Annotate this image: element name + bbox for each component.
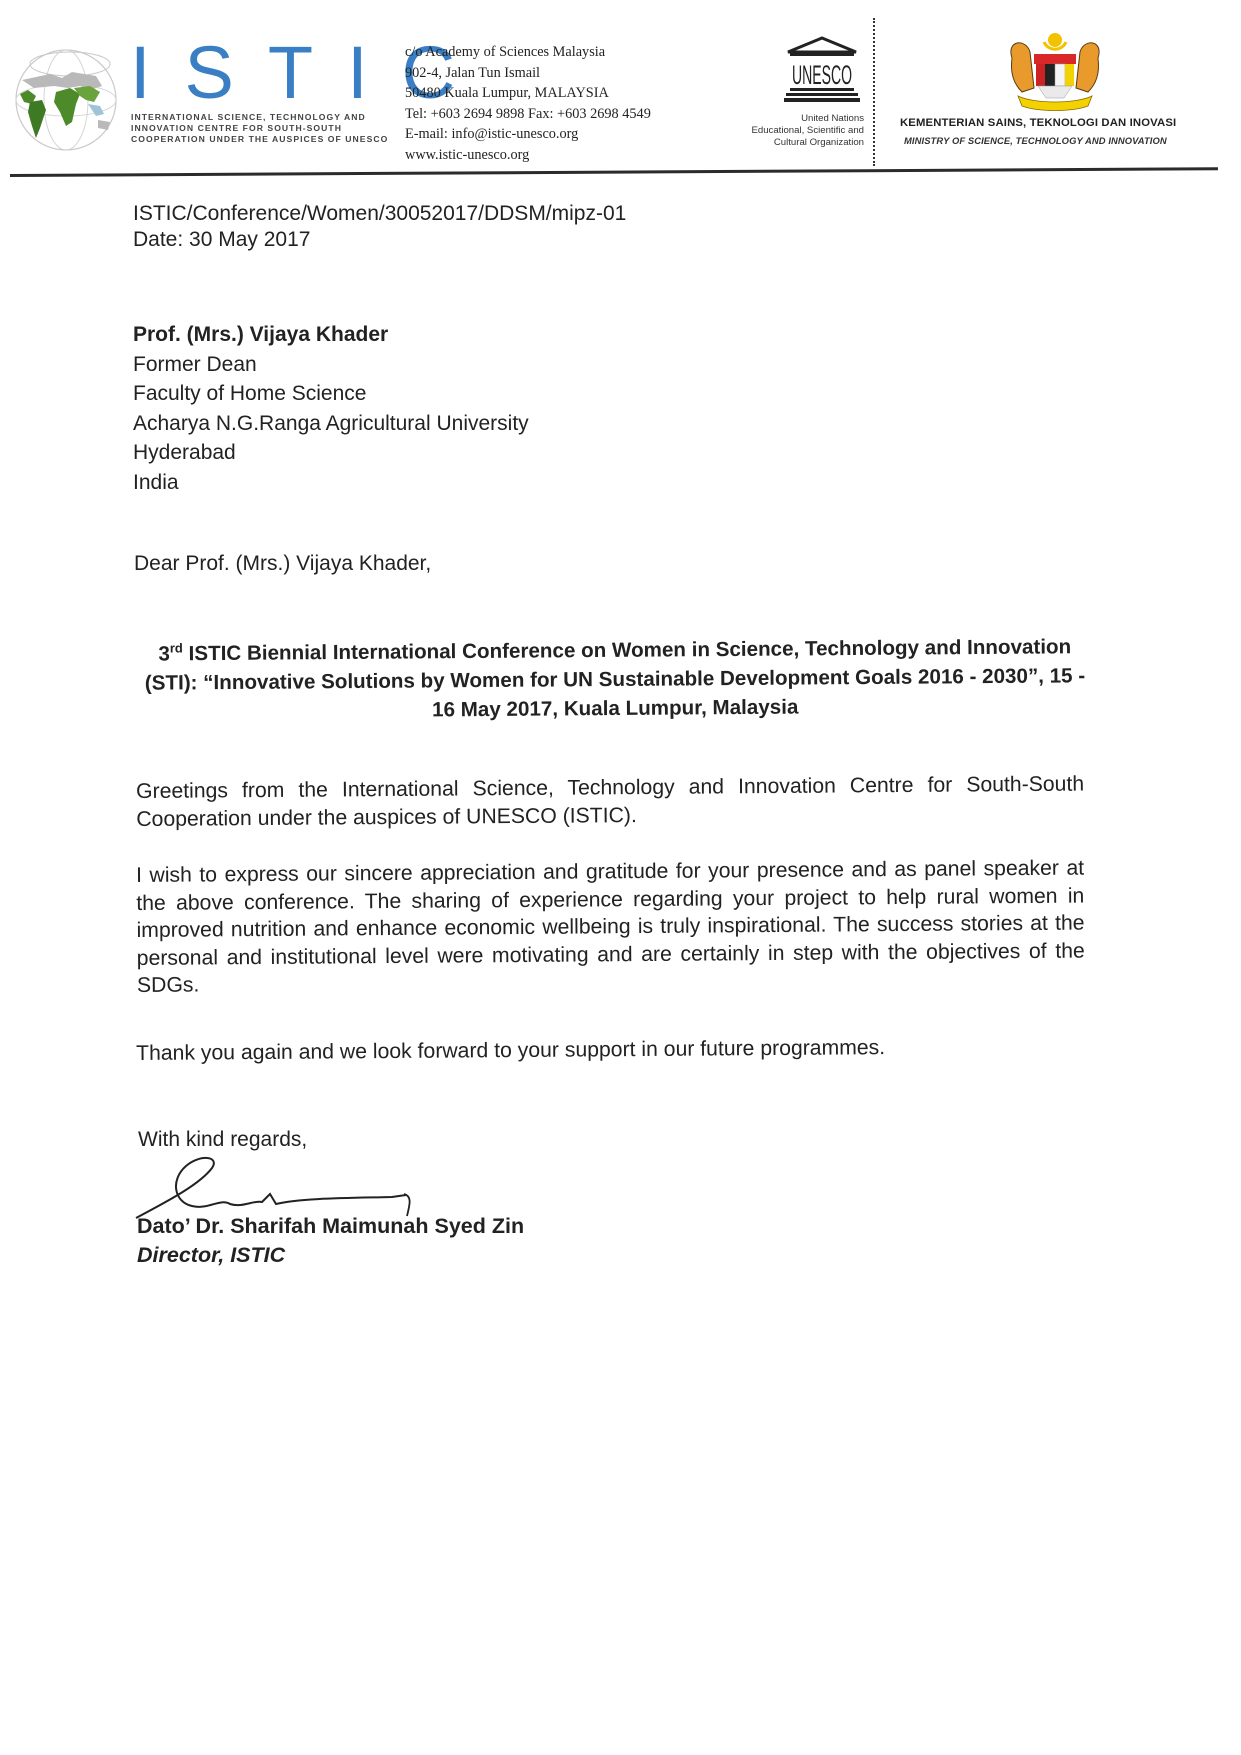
unesco-temple-logo-icon: UNESCO xyxy=(784,36,860,104)
paragraph-thanks: Thank you again and we look forward to y… xyxy=(136,1033,1036,1068)
recipient-line: Hyderabad xyxy=(133,438,529,468)
unesco-logo-text: UNESCO xyxy=(792,60,852,90)
phone-fax-line: Tel: +603 2694 9898 Fax: +603 2698 4549 xyxy=(405,104,651,125)
unesco-caption-line: Educational, Scientific and xyxy=(728,125,864,137)
istic-full-name-line: COOPERATION UNDER THE AUSPICES OF UNESCO xyxy=(131,134,388,145)
unesco-caption-line: United Nations xyxy=(728,113,864,125)
recipient-name: Prof. (Mrs.) Vijaya Khader xyxy=(133,320,529,350)
address-line: c/o Academy of Sciences Malaysia xyxy=(405,42,651,63)
istic-full-name-line: INNOVATION CENTRE FOR SOUTH-SOUTH xyxy=(131,123,388,134)
recipient-address-block: Prof. (Mrs.) Vijaya Khader Former Dean F… xyxy=(133,320,529,497)
paragraph-greeting: Greetings from the International Science… xyxy=(136,771,1084,834)
recipient-line: Faculty of Home Science xyxy=(133,379,529,409)
subject-ordinal-suffix: rd xyxy=(170,640,183,655)
address-line: 902-4, Jalan Tun Ismail xyxy=(405,63,651,84)
closing-line: With kind regards, xyxy=(138,1128,307,1152)
reference-number: ISTIC/Conference/Women/30052017/DDSM/mip… xyxy=(133,201,626,227)
globe-logo-icon xyxy=(10,42,122,154)
recipient-line: Former Dean xyxy=(133,350,529,380)
recipient-line: Acharya N.G.Ranga Agricultural Universit… xyxy=(133,409,529,439)
address-line: 50480 Kuala Lumpur, MALAYSIA xyxy=(405,83,651,104)
email-link[interactable]: E-mail: info@istic-unesco.org xyxy=(405,124,651,145)
website-link[interactable]: www.istic-unesco.org xyxy=(405,145,651,166)
paragraph-appreciation: I wish to express our sincere appreciati… xyxy=(136,855,1085,1000)
malaysia-coat-of-arms-icon xyxy=(1000,30,1110,112)
letter-date: Date: 30 May 2017 xyxy=(133,227,626,253)
unesco-caption: United Nations Educational, Scientific a… xyxy=(728,113,864,149)
signer-name: Dato’ Dr. Sharifah Maimunah Syed Zin xyxy=(137,1212,524,1241)
subject-ordinal-number: 3 xyxy=(158,642,170,665)
istic-full-name-line: INTERNATIONAL SCIENCE, TECHNOLOGY AND xyxy=(131,112,388,123)
subject-heading: 3rd ISTIC Biennial International Confere… xyxy=(140,626,1091,726)
header-divider xyxy=(10,167,1218,177)
recipient-line: India xyxy=(133,468,529,498)
org-address-block: c/o Academy of Sciences Malaysia 902-4, … xyxy=(405,42,651,165)
unesco-caption-line: Cultural Organization xyxy=(728,137,864,149)
dotted-separator xyxy=(873,18,875,166)
istic-full-name: INTERNATIONAL SCIENCE, TECHNOLOGY AND IN… xyxy=(131,112,388,145)
signer-title: Director, ISTIC xyxy=(137,1241,524,1270)
signer-block: Dato’ Dr. Sharifah Maimunah Syed Zin Dir… xyxy=(137,1212,524,1270)
reference-block: ISTIC/Conference/Women/30052017/DDSM/mip… xyxy=(133,201,626,253)
ministry-name-english: MINISTRY OF SCIENCE, TECHNOLOGY AND INNO… xyxy=(904,135,1167,146)
ministry-name-malay: KEMENTERIAN SAINS, TEKNOLOGI DAN INOVASI xyxy=(900,117,1176,129)
salutation: Dear Prof. (Mrs.) Vijaya Khader, xyxy=(134,552,431,576)
subject-text: ISTIC Biennial International Conference … xyxy=(145,635,1085,721)
